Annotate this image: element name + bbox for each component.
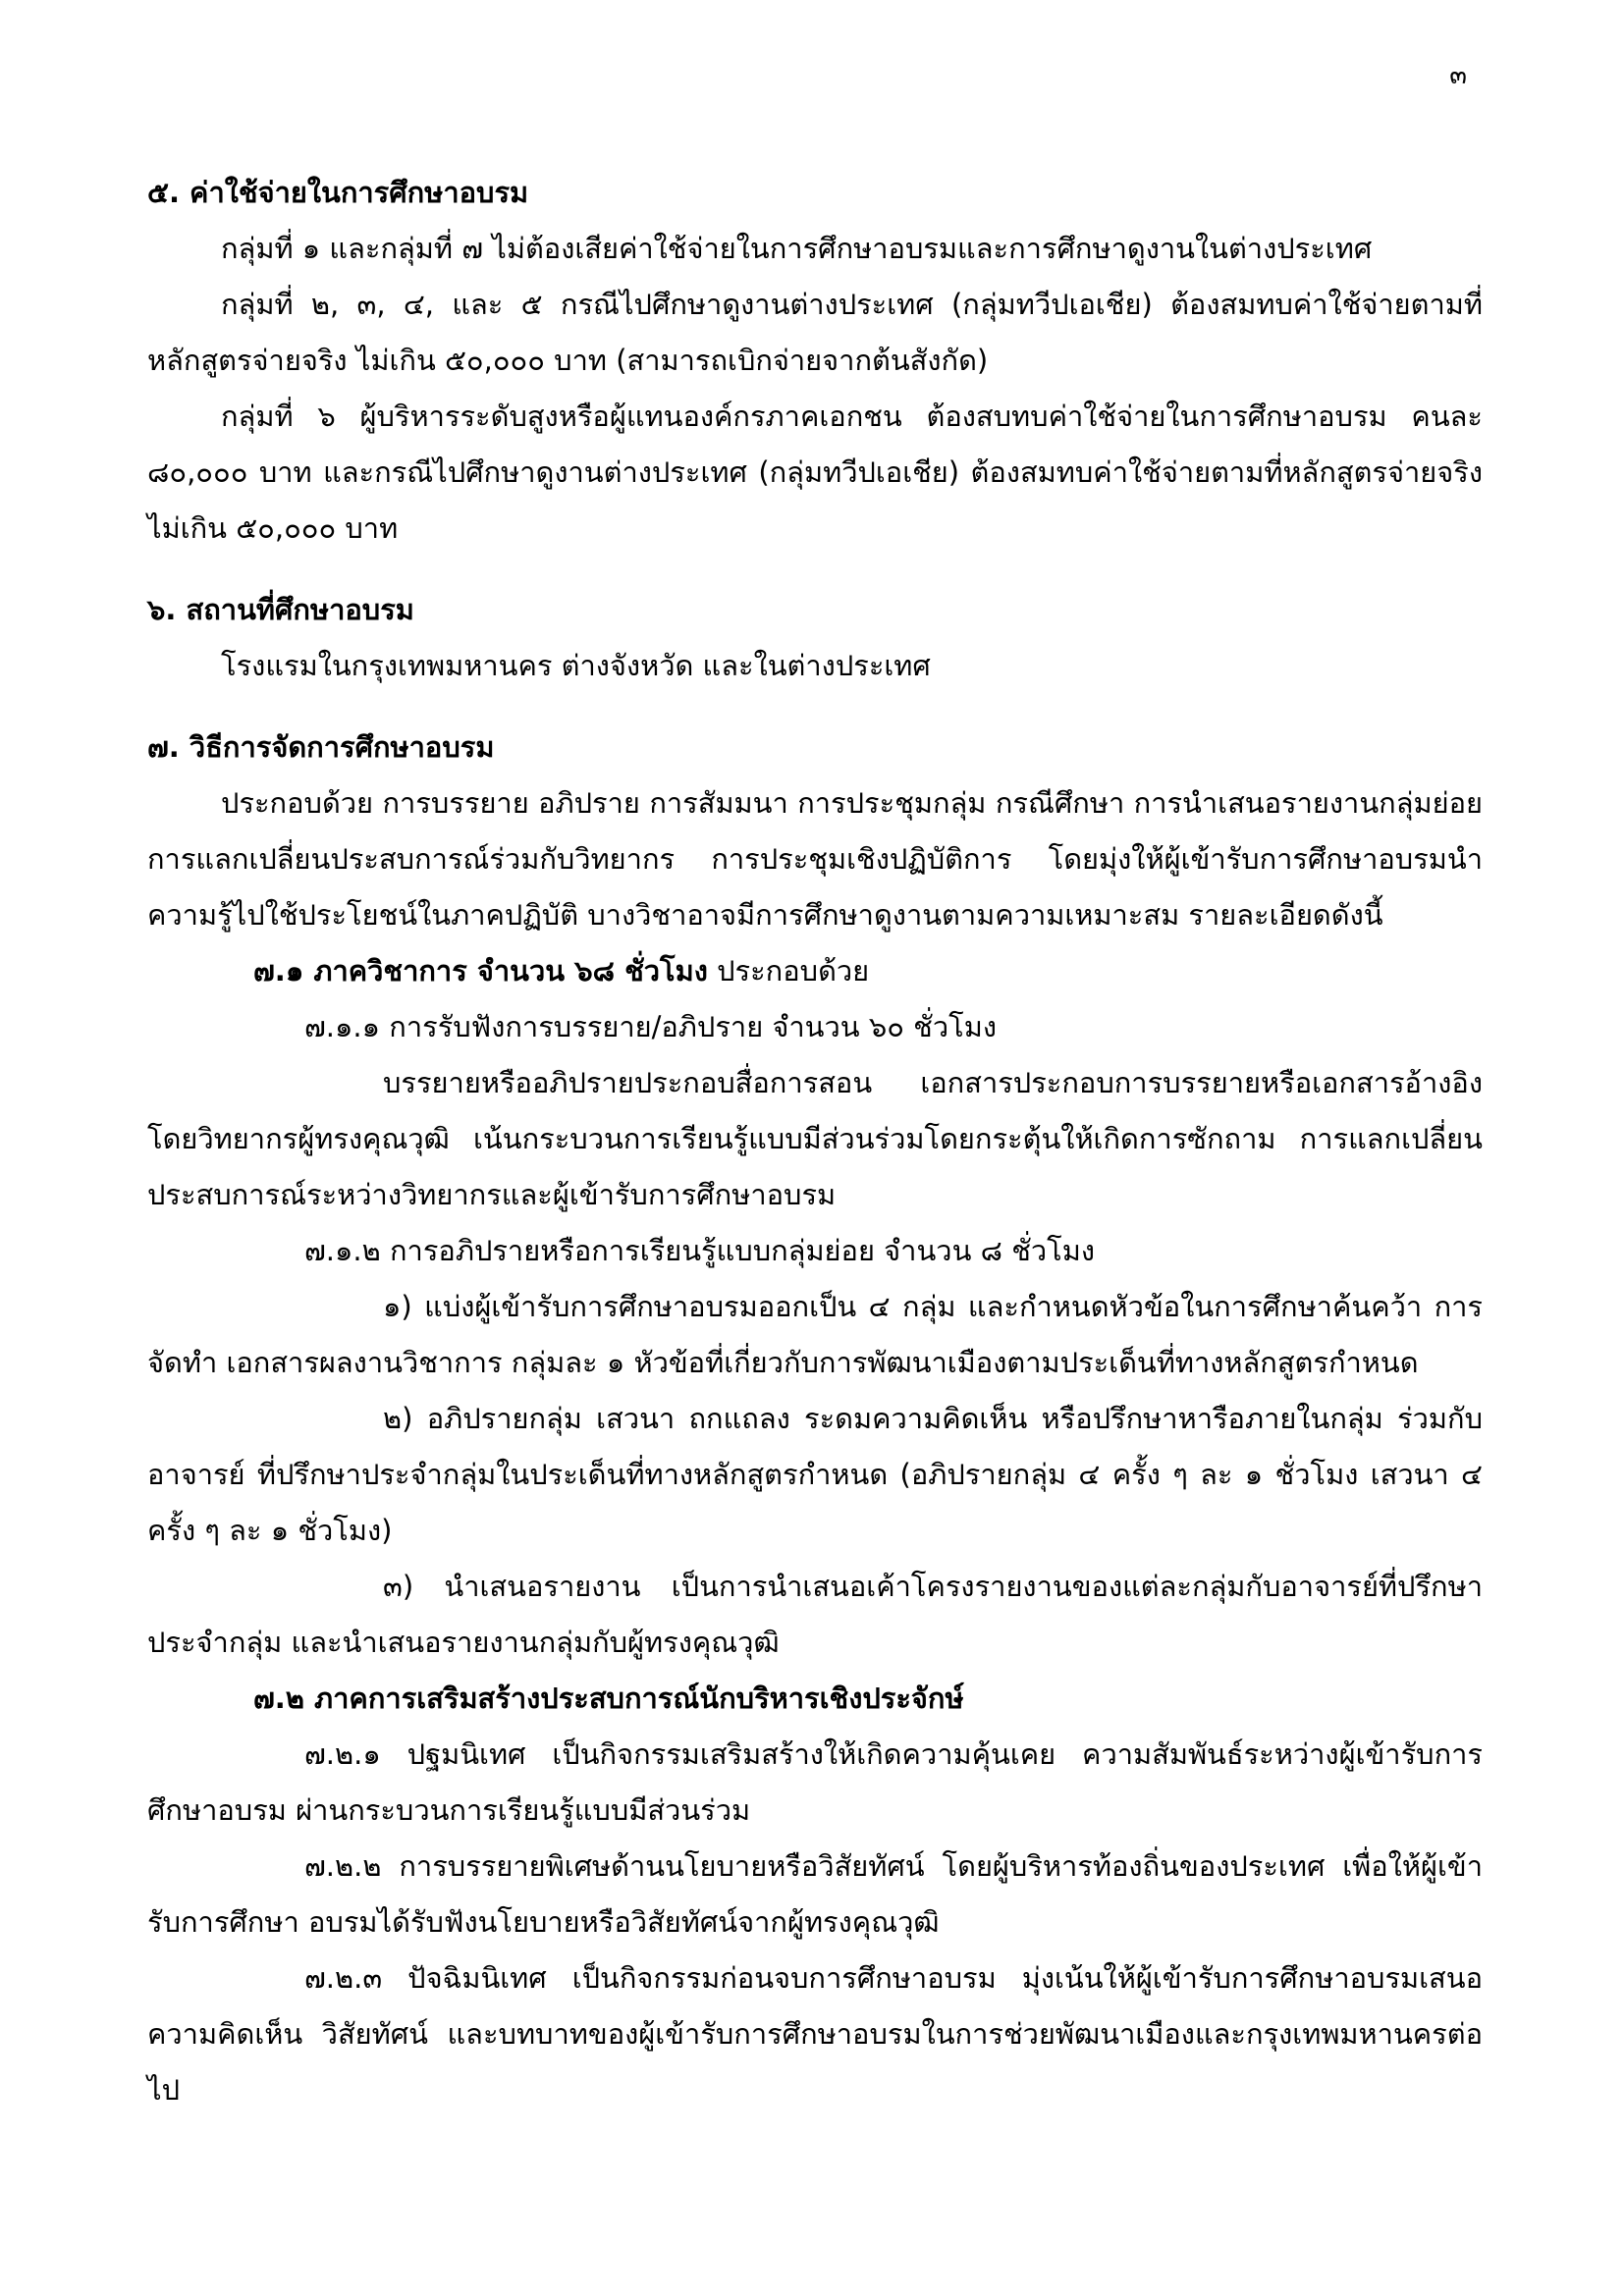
subsection-academic-heading-rest: ประกอบด้วย <box>708 954 869 988</box>
section-expenses-heading: ๕. ค่าใช้จ่ายในการศึกษาอบรม <box>147 165 1483 221</box>
document-content: ๕. ค่าใช้จ่ายในการศึกษาอบรม กลุ่มที่ ๑ แ… <box>0 0 1624 2118</box>
academic-lecture-title: ๗.๑.๑ การรับฟังการบรรยาย/อภิปราย จำนวน ๖… <box>147 999 1483 1055</box>
subsection-academic-heading: ๗.๑ ภาควิชาการ จำนวน ๖๘ ชั่วโมง ประกอบด้… <box>147 943 1483 999</box>
academic-lecture-detail: บรรยายหรืออภิปรายประกอบสื่อการสอน เอกสาร… <box>147 1055 1483 1223</box>
section-method-heading: ๗. วิธีการจัดการศึกษาอบรม <box>147 720 1483 775</box>
document-page: ๓ ๕. ค่าใช้จ่ายในการศึกษาอบรม กลุ่มที่ ๑… <box>0 0 1624 2296</box>
page-number: ๓ <box>1449 61 1467 90</box>
experience-item-1: ๗.๒.๑ ปฐมนิเทศ เป็นกิจกรรมเสริมสร้างให้เ… <box>147 1727 1483 1839</box>
section-venue-heading: ๖. สถานที่ศึกษาอบรม <box>147 582 1483 638</box>
academic-group-point-3: ๓) นำเสนอรายงาน เป็นการนำเสนอเค้าโครงราย… <box>147 1559 1483 1671</box>
venue-paragraph: โรงแรมในกรุงเทพมหานคร ต่างจังหวัด และในต… <box>147 638 1483 694</box>
subsection-academic-heading-bold: ๗.๑ ภาควิชาการ จำนวน ๖๘ ชั่วโมง <box>253 954 708 988</box>
expenses-paragraph-1: กลุ่มที่ ๑ และกลุ่มที่ ๗ ไม่ต้องเสียค่าใ… <box>147 221 1483 277</box>
expenses-paragraph-3: กลุ่มที่ ๖ ผู้บริหารระดับสูงหรือผู้แทนอง… <box>147 389 1483 557</box>
subsection-experience-heading: ๗.๒ ภาคการเสริมสร้างประสบการณ์นักบริหารเ… <box>147 1671 1483 1727</box>
expenses-paragraph-2: กลุ่มที่ ๒, ๓, ๔, และ ๕ กรณีไปศึกษาดูงาน… <box>147 277 1483 389</box>
experience-item-3: ๗.๒.๓ ปัจฉิมนิเทศ เป็นกิจกรรมก่อนจบการศึ… <box>147 1950 1483 2118</box>
experience-item-2: ๗.๒.๒ การบรรยายพิเศษด้านนโยบายหรือวิสัยท… <box>147 1839 1483 1950</box>
academic-group-point-1: ๑) แบ่งผู้เข้ารับการศึกษาอบรมออกเป็น ๔ ก… <box>147 1279 1483 1391</box>
academic-group-title: ๗.๑.๒ การอภิปรายหรือการเรียนรู้แบบกลุ่มย… <box>147 1223 1483 1279</box>
method-intro-paragraph: ประกอบด้วย การบรรยาย อภิปราย การสัมมนา ก… <box>147 775 1483 943</box>
academic-group-point-2: ๒) อภิปรายกลุ่ม เสวนา ถกแถลง ระดมความคิด… <box>147 1391 1483 1559</box>
